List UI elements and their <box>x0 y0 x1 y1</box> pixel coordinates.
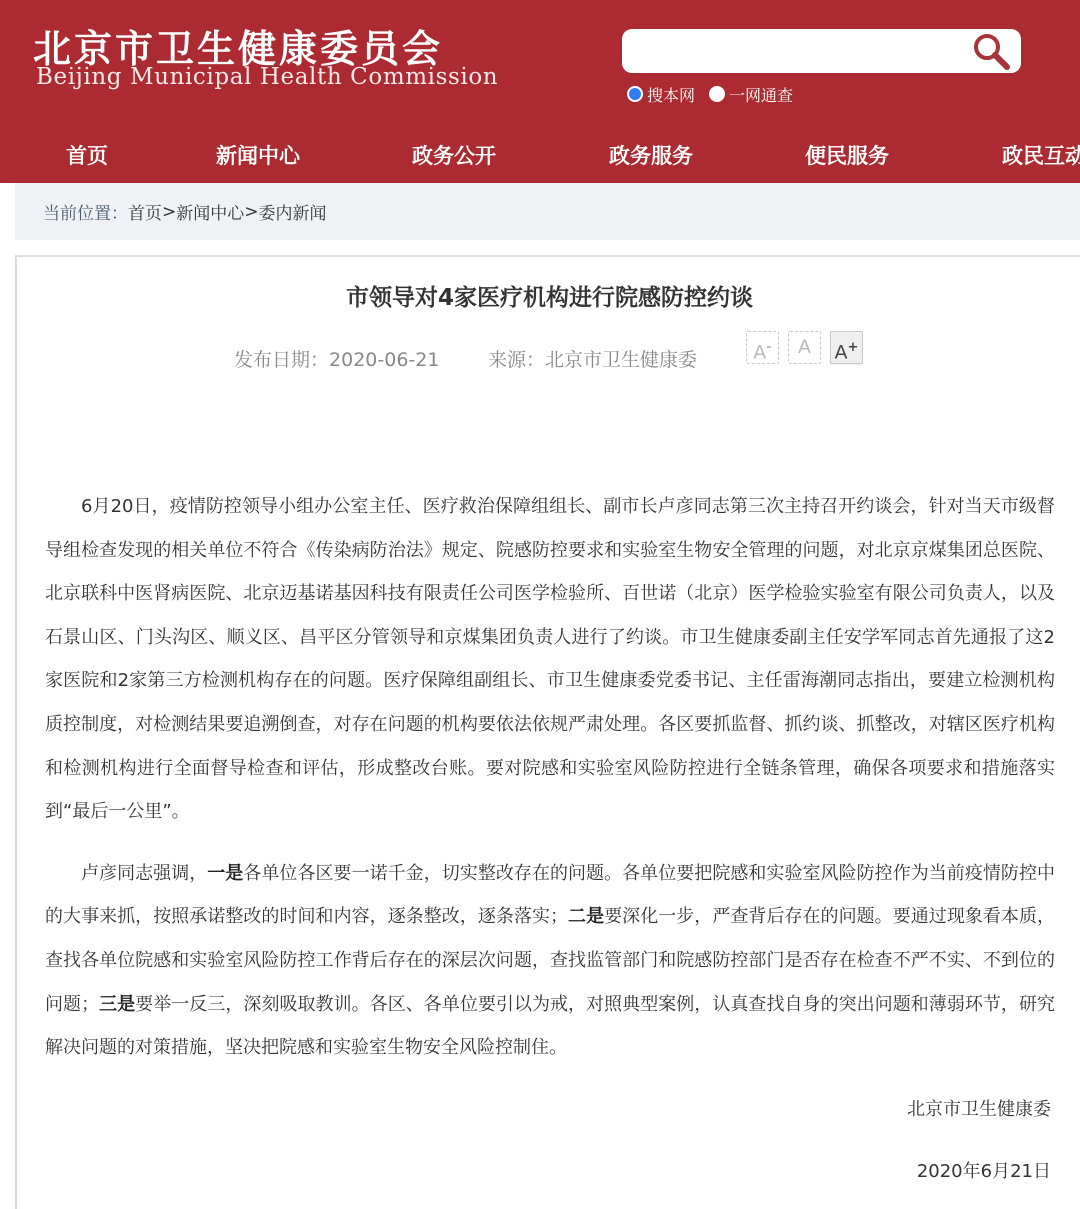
site-logo-english[interactable]: Beijing Municipal Health Commission <box>36 64 498 90</box>
emphasis-first: 一是 <box>207 863 243 884</box>
publish-date-label: 发布日期： <box>234 349 329 371</box>
nav-item-news-center[interactable]: 新闻中心 <box>216 140 300 170</box>
breadcrumb: 当前位置： 首页 > 新闻中心 > 委内新闻 <box>15 183 1080 240</box>
search-scope-options: 搜本网 一网通查 <box>627 82 793 106</box>
breadcrumb-separator: > <box>162 202 176 222</box>
radio-unchecked-icon[interactable] <box>709 86 725 102</box>
nav-item-interaction[interactable]: 政民互动 <box>1002 140 1080 170</box>
signature-organization: 北京市卫生健康委 <box>907 1095 1051 1121</box>
nav-item-government-affairs[interactable]: 政务公开 <box>412 140 496 170</box>
publish-date: 发布日期：2020-06-21 <box>234 345 439 372</box>
plus-icon: + <box>848 340 859 355</box>
article-source: 来源：北京市卫生健康委 <box>488 345 697 372</box>
breadcrumb-internal-news[interactable]: 委内新闻 <box>259 199 327 224</box>
emphasis-third: 三是 <box>99 994 135 1015</box>
radio-search-all-network[interactable]: 一网通查 <box>709 83 793 106</box>
article-paragraph-1: 6月20日，疫情防控领导小组办公室主任、医疗救治保障组组长、副市长卢彦同志第三次… <box>45 485 1055 834</box>
article-body: 6月20日，疫情防控领导小组办公室主任、医疗救治保障组组长、副市长卢彦同志第三次… <box>45 485 1055 1070</box>
emphasis-second: 二是 <box>568 906 604 927</box>
search-box <box>622 29 1021 73</box>
search-input[interactable] <box>634 35 964 67</box>
text-run: 要举一反三，深刻吸取教训。各区、各单位要引以为戒，对照典型案例，认真查找自身的突… <box>45 994 1055 1059</box>
font-increase-icon: A <box>835 341 848 363</box>
article-title: 市领导对4家医疗机构进行院感防控约谈 <box>17 279 1080 312</box>
font-decrease-button[interactable]: A- <box>746 331 779 364</box>
font-decrease-icon: A <box>753 341 766 363</box>
source-label: 来源： <box>488 349 545 371</box>
radio-search-this-site[interactable]: 搜本网 <box>627 83 695 106</box>
source-value: 北京市卫生健康委 <box>545 349 697 371</box>
article-container: 市领导对4家医疗机构进行院感防控约谈 发布日期：2020-06-21 来源：北京… <box>15 255 1080 1209</box>
search-icon[interactable] <box>969 30 1013 72</box>
font-increase-button[interactable]: A+ <box>830 331 863 364</box>
breadcrumb-separator: > <box>244 202 258 222</box>
nav-item-public-services[interactable]: 便民服务 <box>805 140 889 170</box>
radio-checked-icon[interactable] <box>627 86 643 102</box>
breadcrumb-news-center[interactable]: 新闻中心 <box>176 199 244 224</box>
main-nav: 首页 新闻中心 政务公开 政务服务 便民服务 政民互动 <box>0 130 1080 180</box>
font-normal-button[interactable]: A <box>788 331 821 364</box>
minus-icon: - <box>766 340 771 355</box>
breadcrumb-label: 当前位置： <box>43 199 128 224</box>
nav-item-government-services[interactable]: 政务服务 <box>609 140 693 170</box>
nav-item-home[interactable]: 首页 <box>66 140 108 170</box>
signature-date: 2020年6月21日 <box>917 1157 1051 1183</box>
breadcrumb-home[interactable]: 首页 <box>128 199 162 224</box>
font-normal-icon: A <box>798 336 811 358</box>
text-run: 卢彦同志强调， <box>81 863 207 884</box>
article-paragraph-2: 卢彦同志强调，一是各单位各区要一诺千金，切实整改存在的问题。各单位要把院感和实验… <box>45 852 1055 1070</box>
radio-label: 搜本网 <box>647 83 695 106</box>
publish-date-value: 2020-06-21 <box>329 349 439 371</box>
radio-label: 一网通查 <box>729 83 793 106</box>
site-header: 北京市卫生健康委员会 Beijing Municipal Health Comm… <box>0 0 1080 183</box>
